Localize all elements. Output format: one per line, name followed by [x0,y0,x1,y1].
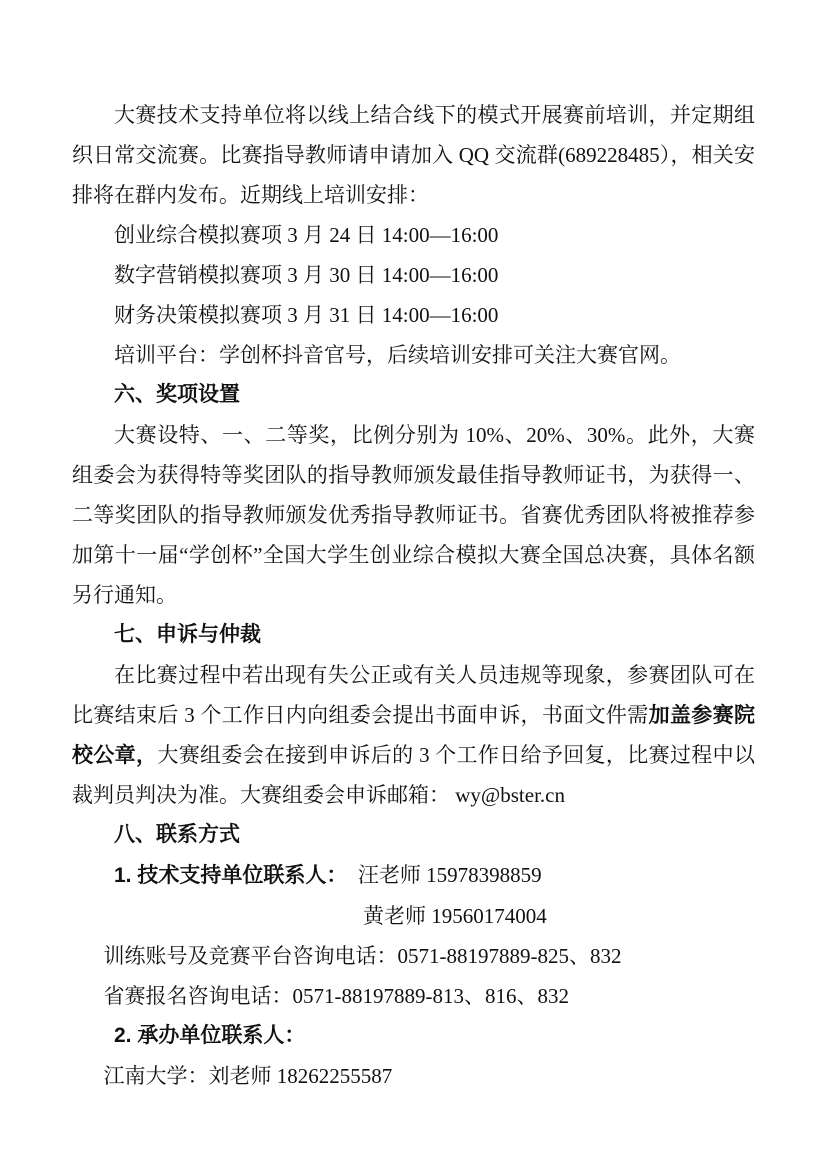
training-schedule-line-3: 财务决策模拟赛项 3 月 31 日 14:00—16:00 [72,295,755,335]
organizer-contact-label: 2. 承办单位联系人： [72,1016,755,1056]
contact-section-heading: 八、联系方式 [72,815,755,855]
organizer-contact-line: 江南大学：刘老师 18262255587 [72,1056,755,1096]
training-schedule-line-2: 数字营销模拟赛项 3 月 30 日 14:00—16:00 [72,255,755,295]
training-platform-phone-line: 训练账号及竞赛平台咨询电话：0571-88197889-825、832 [72,936,755,976]
training-schedule-line-1: 创业综合模拟赛项 3 月 24 日 14:00—16:00 [72,215,755,255]
awards-section-heading: 六、奖项设置 [72,375,755,415]
appeal-text-end: 大赛组委会在接到申诉后的 3 个工作日给予回复，比赛过程中以裁判员判决为准。大赛… [72,743,755,807]
registration-phone-line: 省赛报名咨询电话：0571-88197889-813、816、832 [72,976,755,1016]
tech-support-contact-1: 汪老师 15978398859 [358,863,542,887]
appeal-section-heading: 七、申诉与仲裁 [72,615,755,655]
tech-support-contact-2: 黄老师 19560174004 [72,896,755,936]
tech-support-contact-label: 1. 技术支持单位联系人： [114,864,347,887]
tech-support-contact-line: 1. 技术支持单位联系人：汪老师 15978398859 [72,855,755,896]
document-page: 大赛技术支持单位将以线上结合线下的模式开展赛前培训，并定期组织日常交流赛。比赛指… [0,0,826,1168]
appeal-paragraph: 在比赛过程中若出现有失公正或有关人员违规等现象，参赛团队可在比赛结束后 3 个工… [72,655,755,815]
intro-paragraph: 大赛技术支持单位将以线上结合线下的模式开展赛前培训，并定期组织日常交流赛。比赛指… [72,95,755,215]
awards-paragraph: 大赛设特、一、二等奖，比例分别为 10%、20%、30%。此外，大赛组委会为获得… [72,415,755,615]
training-platform-line: 培训平台：学创杯抖音官号，后续培训安排可关注大赛官网。 [72,335,755,375]
